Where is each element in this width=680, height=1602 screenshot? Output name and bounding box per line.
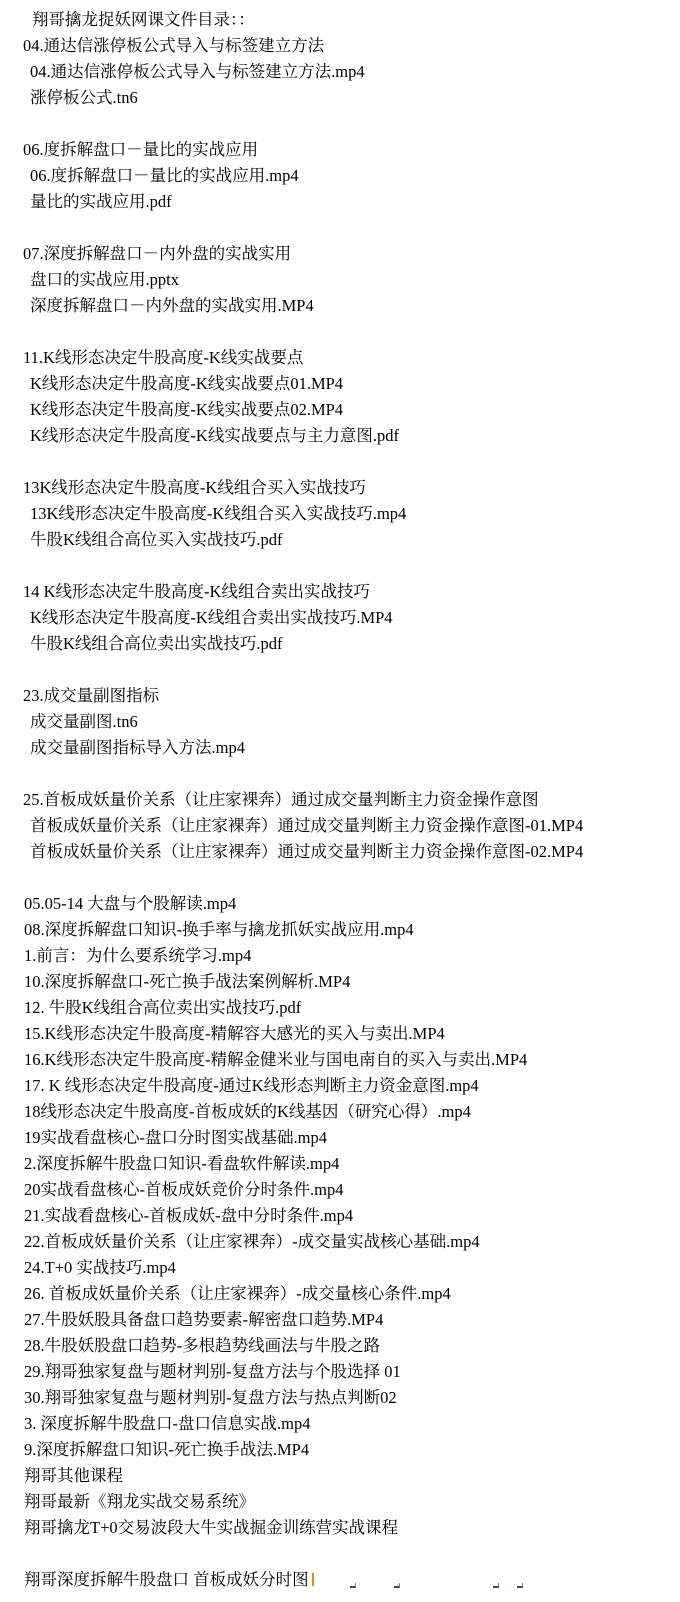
file-entry-line: 翔哥擒龙T+0交易波段大牛实战掘金训练营实战课程 xyxy=(0,1515,680,1541)
file-entry-line: 22.首板成妖量价关系（让庄家裸奔）-成交量实战核心基础.mp4 xyxy=(0,1229,680,1255)
blank-line xyxy=(0,761,680,787)
blank-line xyxy=(0,657,680,683)
file-entry-line: 04.通达信涨停板公式导入与标签建立方法.mp4 xyxy=(0,59,680,85)
file-entry-line: 牛股K线组合高位卖出实战技巧.pdf xyxy=(0,631,680,657)
blank-line xyxy=(0,449,680,475)
blank-line xyxy=(0,865,680,891)
file-entry-line: 26. 首板成妖量价关系（让庄家裸奔）-成交量核心条件.mp4 xyxy=(0,1281,680,1307)
trailing-text-line: 翔哥深度拆解牛股盘口 首板成妖分时图 xyxy=(0,1567,680,1593)
file-entry-line: 深度拆解盘口－内外盘的实战实用.MP4 xyxy=(0,293,680,319)
file-entry-line: 06.度拆解盘口－量比的实战应用.mp4 xyxy=(0,163,680,189)
section-header-line: 07.深度拆解盘口－内外盘的实战实用 xyxy=(0,241,680,267)
file-entry-line: 15.K线形态决定牛股高度-精解容大感光的买入与卖出.MP4 xyxy=(0,1021,680,1047)
file-entry-line: 量比的实战应用.pdf xyxy=(0,189,680,215)
file-entry-line: 2.深度拆解牛股盘口知识-看盘软件解读.mp4 xyxy=(0,1151,680,1177)
file-entry-line: 翔哥其他课程 xyxy=(0,1463,680,1489)
file-entry-line: 20实战看盘核心-首板成妖竞价分时条件.mp4 xyxy=(0,1177,680,1203)
file-entry-line: 牛股K线组合高位买入实战技巧.pdf xyxy=(0,527,680,553)
document-page: 翔哥擒龙捉妖网课文件目录：：04.通达信涨停板公式导入与标签建立方法04.通达信… xyxy=(0,0,680,1602)
file-entry-line: 盘口的实战应用.pptx xyxy=(0,267,680,293)
file-entry-line: 翔哥最新《翔龙实战交易系统》 xyxy=(0,1489,680,1515)
file-directory-list: 翔哥擒龙捉妖网课文件目录：：04.通达信涨停板公式导入与标签建立方法04.通达信… xyxy=(0,7,680,1593)
file-entry-line: 30.翔哥独家复盘与题材判别-复盘方法与热点判断02 xyxy=(0,1385,680,1411)
section-header-line: 14 K线形态决定牛股高度-K线组合卖出实战技巧 xyxy=(0,579,680,605)
section-header-line: 06.度拆解盘口－量比的实战应用 xyxy=(0,137,680,163)
faded-text-artifact xyxy=(350,1583,356,1588)
file-entry-line: 涨停板公式.tn6 xyxy=(0,85,680,111)
file-entry-line: 17. K 线形态决定牛股高度-通过K线形态判断主力资金意图.mp4 xyxy=(0,1073,680,1099)
file-entry-line: 13K线形态决定牛股高度-K线组合买入实战技巧.mp4 xyxy=(0,501,680,527)
section-header-line: 23.成交量副图指标 xyxy=(0,683,680,709)
faded-text-artifact xyxy=(517,1583,523,1588)
file-entry-line: 18线形态决定牛股高度-首板成妖的K线基因（研究心得）.mp4 xyxy=(0,1099,680,1125)
file-entry-line: 成交量副图.tn6 xyxy=(0,709,680,735)
file-entry-line: 05.05-14 大盘与个股解读.mp4 xyxy=(0,891,680,917)
file-entry-line: 1.前言：为什么要系统学习.mp4 xyxy=(0,943,680,969)
blank-line xyxy=(0,111,680,137)
file-entry-line: K线形态决定牛股高度-K线实战要点01.MP4 xyxy=(0,371,680,397)
section-header-line: 13K线形态决定牛股高度-K线组合买入实战技巧 xyxy=(0,475,680,501)
file-entry-line: 19实战看盘核心-盘口分时图实战基础.mp4 xyxy=(0,1125,680,1151)
file-entry-line: 成交量副图指标导入方法.mp4 xyxy=(0,735,680,761)
file-entry-line: 27.牛股妖股具备盘口趋势要素-解密盘口趋势.MP4 xyxy=(0,1307,680,1333)
file-entry-line: K线形态决定牛股高度-K线实战要点02.MP4 xyxy=(0,397,680,423)
blank-line xyxy=(0,553,680,579)
file-entry-line: 3. 深度拆解牛股盘口-盘口信息实战.mp4 xyxy=(0,1411,680,1437)
faded-text-artifact xyxy=(493,1583,499,1588)
section-header-line: 25.首板成妖量价关系（让庄家裸奔）通过成交量判断主力资金操作意图 xyxy=(0,787,680,813)
faded-text-artifact xyxy=(394,1583,400,1588)
file-entry-line: 首板成妖量价关系（让庄家裸奔）通过成交量判断主力资金操作意图-02.MP4 xyxy=(0,839,680,865)
text-cursor xyxy=(312,1573,314,1586)
file-entry-line: K线形态决定牛股高度-K线实战要点与主力意图.pdf xyxy=(0,423,680,449)
file-entry-line: 28.牛股妖股盘口趋势-多根趋势线画法与牛股之路 xyxy=(0,1333,680,1359)
file-entry-line: 08.深度拆解盘口知识-换手率与擒龙抓妖实战应用.mp4 xyxy=(0,917,680,943)
blank-line xyxy=(0,319,680,345)
file-entry-line: 12. 牛股K线组合高位卖出实战技巧.pdf xyxy=(0,995,680,1021)
file-entry-line: 29.翔哥独家复盘与题材判别-复盘方法与个股选择 01 xyxy=(0,1359,680,1385)
file-entry-line: 首板成妖量价关系（让庄家裸奔）通过成交量判断主力资金操作意图-01.MP4 xyxy=(0,813,680,839)
file-entry-line: 10.深度拆解盘口-死亡换手战法案例解析.MP4 xyxy=(0,969,680,995)
directory-title-line: 翔哥擒龙捉妖网课文件目录：： xyxy=(0,7,680,33)
file-entry-line: 21.实战看盘核心-首板成妖-盘中分时条件.mp4 xyxy=(0,1203,680,1229)
file-entry-line: 24.T+0 实战技巧.mp4 xyxy=(0,1255,680,1281)
section-header-line: 11.K线形态决定牛股高度-K线实战要点 xyxy=(0,345,680,371)
file-entry-line: K线形态决定牛股高度-K线组合卖出实战技巧.MP4 xyxy=(0,605,680,631)
file-entry-line: 9.深度拆解盘口知识-死亡换手战法.MP4 xyxy=(0,1437,680,1463)
blank-line xyxy=(0,215,680,241)
blank-line xyxy=(0,1541,680,1567)
section-header-line: 04.通达信涨停板公式导入与标签建立方法 xyxy=(0,33,680,59)
file-entry-line: 16.K线形态决定牛股高度-精解金健米业与国电南自的买入与卖出.MP4 xyxy=(0,1047,680,1073)
